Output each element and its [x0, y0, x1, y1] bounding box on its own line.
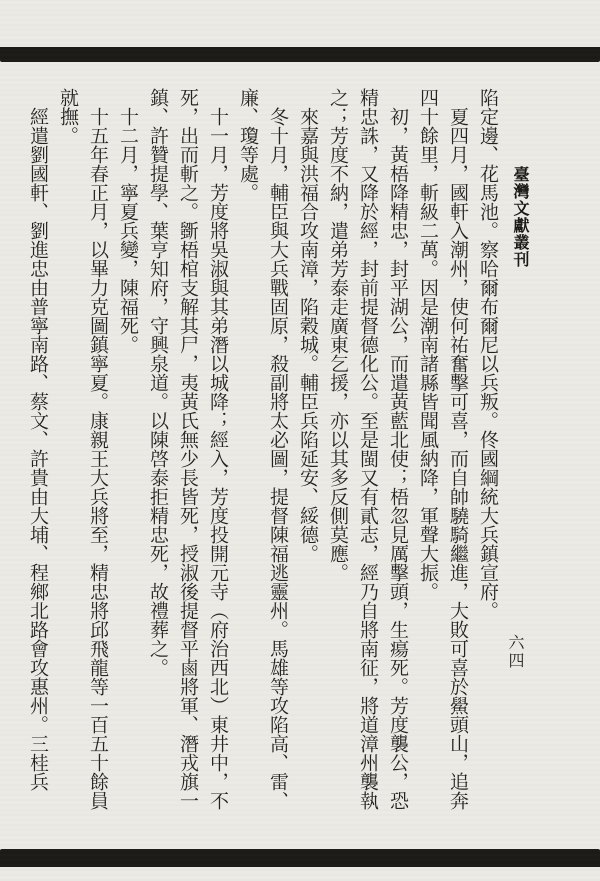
- paragraph: 十二月，寧夏兵變，陳福死。: [112, 88, 142, 810]
- paragraph: 冬十月，輔臣與大兵戰固原，殺副將太必圖，提督陳福逃靈州。馬雄等攻陷高、雷、廉、瓊…: [232, 88, 292, 810]
- paragraph: 經遣劉國軒、劉進忠由普寧南路、蔡文、許貴由大埔、程鄉北路會攻惠州。三桂兵: [22, 88, 52, 810]
- page-bottom-edge-shadow: [0, 849, 600, 867]
- series-title: 臺灣文獻叢刊: [508, 166, 531, 268]
- book-page-scan: 臺灣文獻叢刊 六四 陷定邊、花馬池。察哈爾布爾尼以兵叛。佟國綱統大兵鎮宣府。 夏…: [0, 0, 600, 881]
- paragraph: 來嘉與洪福合攻南漳，陷穀城。輔臣兵陷延安、綏德。: [292, 88, 322, 810]
- main-text-block: 陷定邊、花馬池。察哈爾布爾尼以兵叛。佟國綱統大兵鎮宣府。 夏四月，國軒入潮州，使…: [22, 88, 502, 810]
- paragraph: 十一月，芳度將吳淑與其弟潛以城降；經入，芳度投開元寺（府治西北）東井中，不死，出…: [142, 88, 232, 810]
- page-top-edge-shadow: [0, 47, 600, 62]
- folio-page-number: 六四: [503, 634, 526, 670]
- paragraph: 夏四月，國軒入潮州，使何祐奮擊可喜，而自帥驍騎繼進，大敗可喜於鱟頭山，追奔四十餘…: [412, 88, 472, 810]
- paragraph: 十五年春正月，以畢力克圖鎮寧夏。康親王大兵將至，精忠將邱飛龍等一百五十餘員就撫。: [52, 88, 112, 810]
- paragraph: 陷定邊、花馬池。察哈爾布爾尼以兵叛。佟國綱統大兵鎮宣府。: [472, 88, 502, 810]
- paragraph: 初，黃梧降精忠，封平湖公，而遣黃藍北使；梧忽見厲擊頭，生瘍死。芳度襲公，恐精忠誅…: [322, 88, 412, 810]
